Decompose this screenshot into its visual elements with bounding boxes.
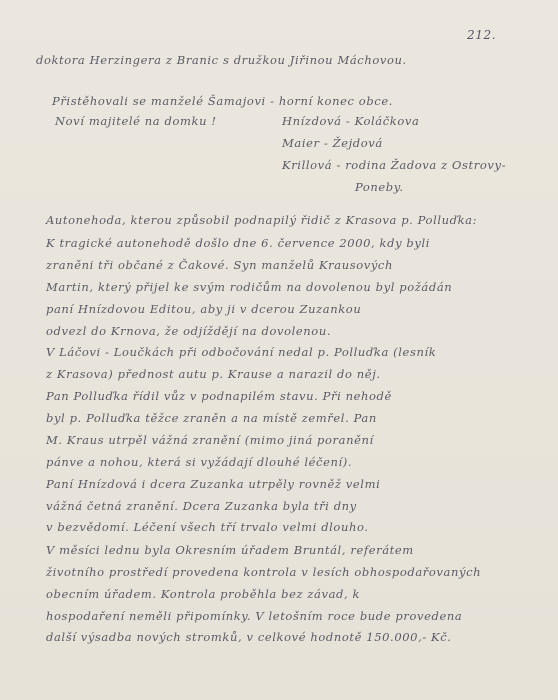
text-line: pánve a nohou, která si vyžádají dlouhé … (46, 455, 352, 469)
text-line: další výsadba nových stromků, v celkové … (46, 630, 452, 644)
text-line: životního prostředí provedena kontrola v… (46, 565, 481, 579)
text-line: hospodaření neměli připomínky. V letošní… (46, 609, 462, 623)
text-line: vážná četná zranění. Dcera Zuzanka byla … (46, 499, 357, 513)
text-line: paní Hnízdovou Editou, aby ji v dcerou Z… (46, 302, 361, 316)
handwritten-chronicle-page: 212. doktora Herzingera z Branic s družk… (0, 0, 558, 700)
text-line: Krillová - rodina Žadova z Ostrovy- (282, 158, 506, 172)
text-line: doktora Herzingera z Branic s družkou Ji… (36, 53, 407, 67)
text-line: Martin, který přijel ke svým rodičům na … (46, 280, 452, 294)
text-line: Pan Polluďka řídil vůz v podnapilém stav… (46, 389, 392, 403)
text-line: Paní Hnízdová i dcera Zuzanka utrpěly ro… (46, 477, 380, 491)
text-line: Hnízdová - Koláčkova (282, 114, 419, 128)
text-line: K tragické autonehodě došlo dne 6. červe… (46, 236, 430, 250)
text-line: Noví majitelé na domku ! (55, 114, 217, 128)
text-line: V měsíci lednu byla Okresním úřadem Brun… (46, 543, 414, 557)
text-line: Přistěhovali se manželé Šamajovi - horní… (52, 94, 393, 108)
text-line: Maier - Žejdová (282, 136, 383, 150)
text-line: Poneby. (355, 180, 404, 194)
text-line: v bezvědomí. Léčení všech tří trvalo vel… (46, 520, 369, 534)
text-line: Autonehoda, kterou způsobil podnapilý ři… (46, 213, 477, 227)
text-line: zraněni tři občané z Čakové. Syn manželů… (46, 258, 393, 272)
text-line: z Krasova) přednost autu p. Krause a nar… (46, 367, 381, 381)
text-line: obecním úřadem. Kontrola proběhla bez zá… (46, 587, 360, 601)
text-line: odvezl do Krnova, že odjíždějí na dovole… (46, 324, 331, 338)
text-line: V Láčovi - Loučkách při odbočování nedal… (46, 345, 436, 359)
page-number: 212. (467, 28, 496, 42)
text-line: M. Kraus utrpěl vážná zranění (mimo jiná… (46, 433, 374, 447)
text-line: byl p. Polluďka těžce zraněn a na místě … (46, 411, 377, 425)
